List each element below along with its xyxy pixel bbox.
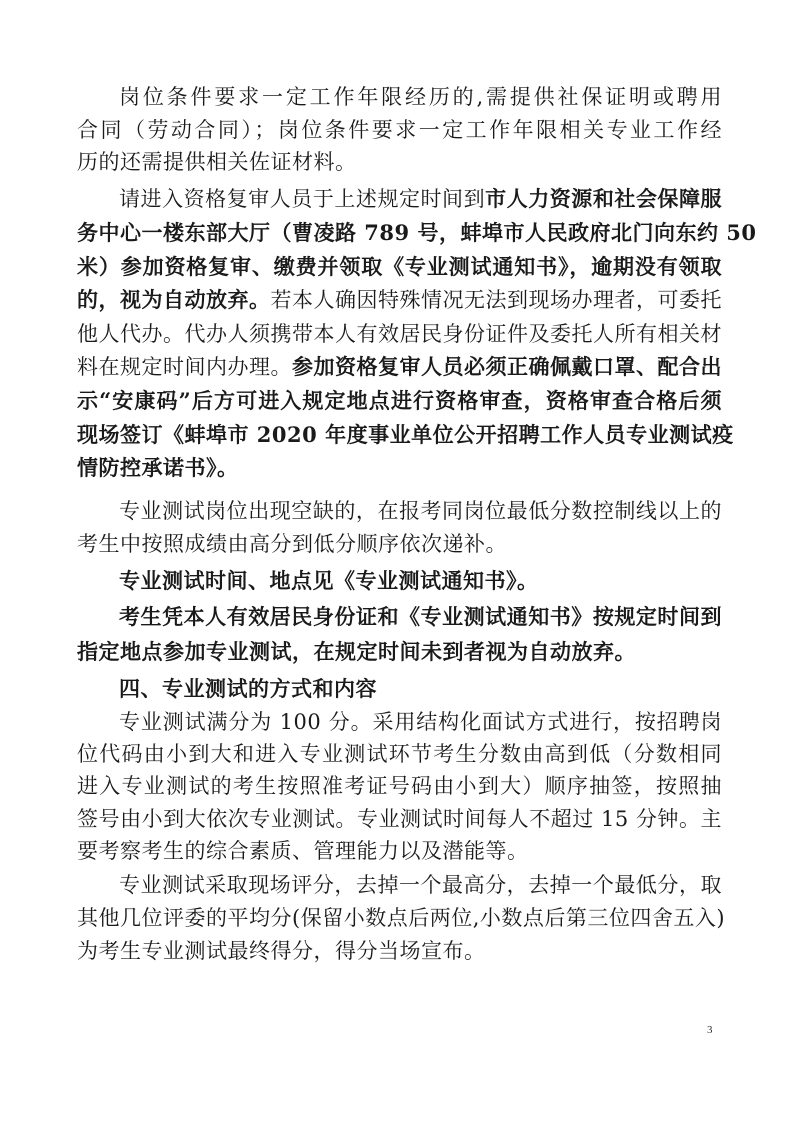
- text-segment: 专业测试岗位出现空缺的，在报考同岗位最低分数控制线以上的: [119, 499, 722, 523]
- text-segment: 进入专业测试的考生按照准考证号码由小到大）顺序抽签，按照抽: [77, 774, 722, 798]
- bold-text-segment: 现场签订《蚌埠市 2020 年度事业单位公开招聘工作人员专业测试疫: [77, 422, 734, 447]
- text-line: 考生凭本人有效居民身份证和《专业测试通知书》按规定时间到: [119, 602, 722, 632]
- bold-text-segment: 市人力资源和社会保障服: [485, 186, 722, 211]
- text-line: 进入专业测试的考生按照准考证号码由小到大）顺序抽签，按照抽: [77, 771, 722, 801]
- text-line: 专业测试满分为 100 分。采用结构化面试方式进行，按招聘岗: [119, 707, 722, 737]
- bold-text-segment: 务中心一楼东部大厅（曹凌路 789 号，蚌埠市人民政府北门向东约 50: [77, 220, 757, 245]
- text-segment: 料在规定时间内办理。: [77, 355, 292, 379]
- text-line: 为考生专业测试最终得分，得分当场宣布。: [77, 936, 722, 966]
- text-line: 米）参加资格复审、缴费并领取《专业测试通知书》，逾期没有领取: [77, 252, 722, 282]
- text-line: 料在规定时间内办理。参加资格复审人员必须正确佩戴口罩、配合出: [77, 352, 722, 382]
- text-line: 专业测试时间、地点见《专业测试通知书》。: [119, 566, 722, 596]
- text-segment: 请进入资格复审人员于上述规定时间到: [119, 187, 485, 211]
- text-line: 专业测试采取现场评分，去掉一个最高分，去掉一个最低分，取: [119, 870, 722, 900]
- text-line: 岗位条件要求一定工作年限经历的,需提供社保证明或聘用: [119, 82, 722, 112]
- bold-text-segment: 考生凭本人有效居民身份证和《专业测试通知书》按规定时间到: [119, 604, 722, 629]
- text-segment: 专业测试满分为 100 分。采用结构化面试方式进行，按招聘岗: [119, 710, 722, 734]
- text-line: 历的还需提供相关佐证材料。: [77, 147, 722, 177]
- text-segment: 签号由小到大依次专业测试。专业测试时间每人不超过 15 分钟。主: [77, 807, 722, 831]
- text-line: 其他几位评委的平均分(保留小数点后两位,小数点后第三位四舍五入): [77, 903, 722, 933]
- text-segment: 其他几位评委的平均分(保留小数点后两位,小数点后第三位四舍五入): [77, 906, 725, 930]
- text-segment: 合同（劳动合同）；岗位条件要求一定工作年限相关专业工作经: [77, 118, 722, 142]
- text-line: 位代码由小到大和进入专业测试环节考生分数由高到低（分数相同: [77, 739, 722, 769]
- text-segment: 岗位条件要求一定工作年限经历的,需提供社保证明或聘用: [119, 85, 722, 109]
- text-line: 现场签订《蚌埠市 2020 年度事业单位公开招聘工作人员专业测试疫: [77, 420, 722, 450]
- bold-text-segment: 四、专业测试的方式和内容: [119, 677, 377, 701]
- page-number: 3: [707, 1024, 713, 1036]
- bold-text-segment: 情防控承诺书》。: [77, 455, 239, 480]
- text-line: 专业测试岗位出现空缺的，在报考同岗位最低分数控制线以上的: [119, 496, 722, 526]
- text-line: 签号由小到大依次专业测试。专业测试时间每人不超过 15 分钟。主: [77, 804, 722, 834]
- text-segment: 他人代办。代办人须携带本人有效居民身份证件及委托人所有相关材: [77, 322, 722, 346]
- text-line: 要考察考生的综合素质、管理能力以及潜能等。: [77, 836, 722, 866]
- text-line: 示“安康码”后方可进入规定地点进行资格审查，资格审查合格后须: [77, 386, 722, 416]
- bold-text-segment: 专业测试时间、地点见《专业测试通知书》。: [119, 568, 539, 593]
- text-line: 务中心一楼东部大厅（曹凌路 789 号，蚌埠市人民政府北门向东约 50: [77, 218, 722, 248]
- text-line: 合同（劳动合同）；岗位条件要求一定工作年限相关专业工作经: [77, 115, 722, 145]
- text-line: 请进入资格复审人员于上述规定时间到市人力资源和社会保障服: [119, 184, 722, 214]
- text-line: 情防控承诺书》。: [77, 453, 722, 483]
- bold-text-segment: 示“安康码”后方可进入规定地点进行资格审查，资格审查合格后须: [77, 388, 722, 413]
- text-segment: 历的还需提供相关佐证材料。: [77, 150, 357, 174]
- bold-text-segment: 指定地点参加专业测试，在规定时间未到者视为自动放弃。: [77, 639, 636, 664]
- text-segment: 专业测试采取现场评分，去掉一个最高分，去掉一个最低分，取: [119, 873, 722, 897]
- text-line: 他人代办。代办人须携带本人有效居民身份证件及委托人所有相关材: [77, 319, 722, 349]
- document-page: 岗位条件要求一定工作年限经历的,需提供社保证明或聘用合同（劳动合同）；岗位条件要…: [0, 0, 793, 1122]
- bold-text-segment: 参加资格复审人员必须正确佩戴口罩、配合出: [292, 354, 722, 379]
- text-segment: 考生中按照成绩由高分到低分顺序依次递补。: [77, 532, 507, 556]
- text-segment: 位代码由小到大和进入专业测试环节考生分数由高到低（分数相同: [77, 742, 722, 766]
- text-line: 指定地点参加专业测试，在规定时间未到者视为自动放弃。: [77, 637, 722, 667]
- text-segment: 为考生专业测试最终得分，得分当场宣布。: [77, 939, 486, 963]
- text-segment: 要考察考生的综合素质、管理能力以及潜能等。: [77, 839, 529, 863]
- bold-text-segment: 的，视为自动放弃。: [77, 287, 271, 312]
- text-line: 的，视为自动放弃。若本人确因特殊情况无法到现场办理者，可委托: [77, 285, 722, 315]
- text-line: 考生中按照成绩由高分到低分顺序依次递补。: [77, 529, 722, 559]
- text-segment: 若本人确因特殊情况无法到现场办理者，可委托: [271, 288, 723, 312]
- bold-text-segment: 米）参加资格复审、缴费并领取《专业测试通知书》，逾期没有领取: [77, 254, 722, 279]
- section-heading: 四、专业测试的方式和内容: [119, 674, 722, 704]
